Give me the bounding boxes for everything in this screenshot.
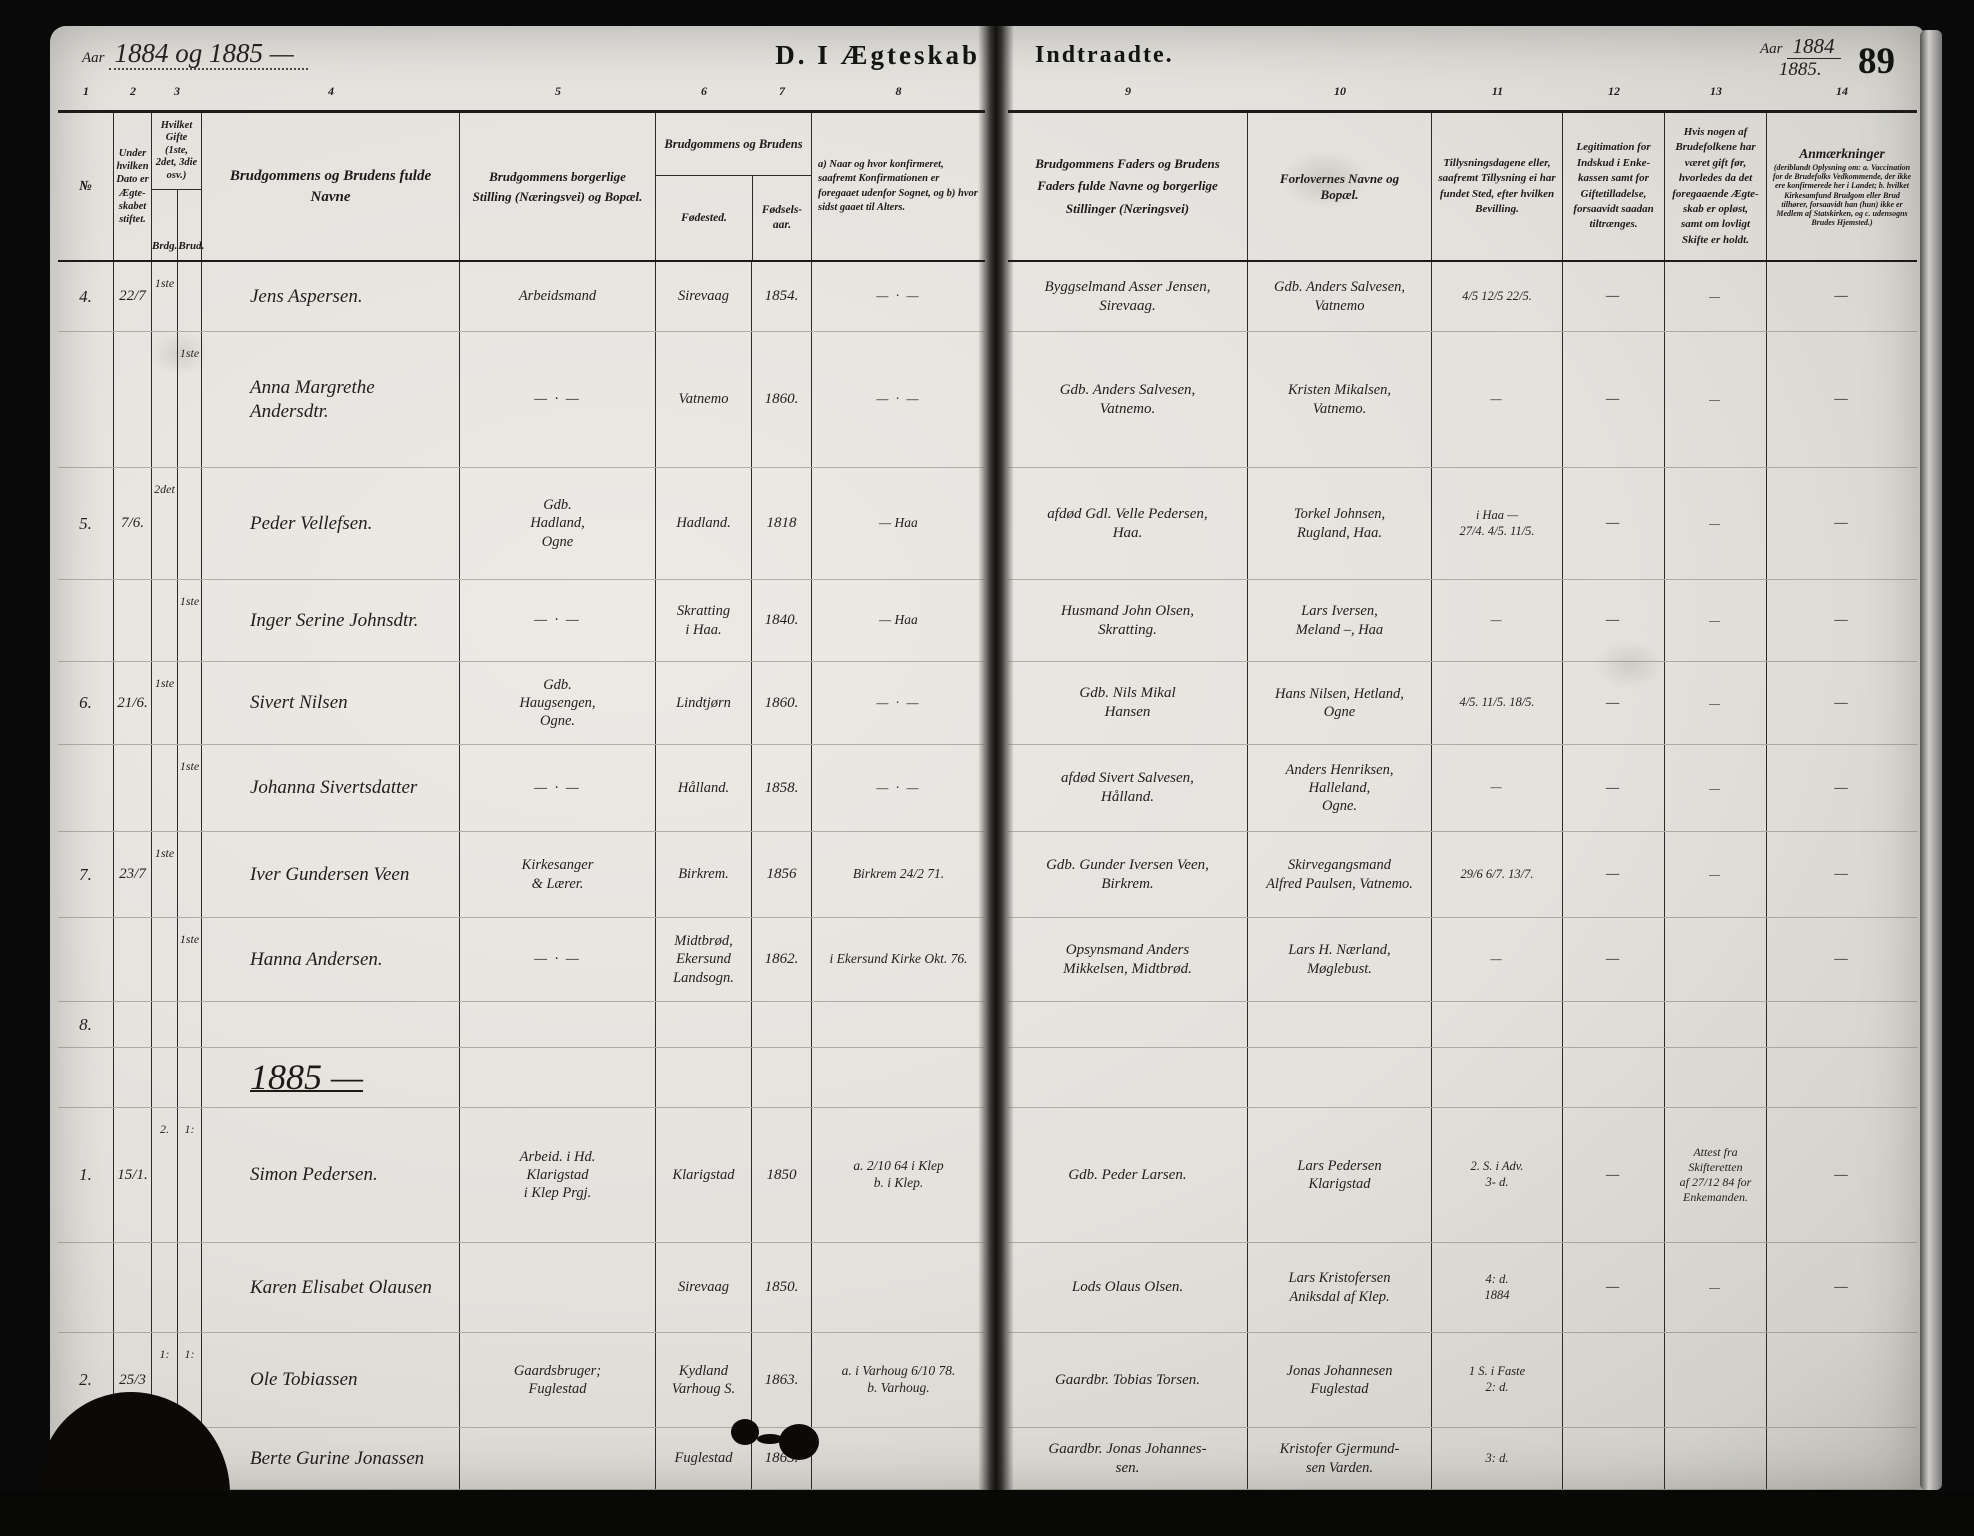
- table-row: 1steJohanna Sivertsdatter— · —Hålland.18…: [58, 745, 985, 832]
- cell-stilling: Arbeid. i Hd. Klarigstad i Klep Prgj.: [460, 1108, 656, 1242]
- cell-year: 1840.: [752, 580, 812, 661]
- cell-legit: [1563, 1048, 1665, 1107]
- cell-notes: —: [1767, 580, 1917, 661]
- cell-legit: —: [1563, 1243, 1665, 1332]
- cell-stilling: Gaardsbruger; Fuglestad: [460, 1333, 656, 1427]
- cell-no: [58, 1048, 114, 1107]
- cell-prev: Attest fra Skifteretten af 27/12 84 for …: [1665, 1108, 1767, 1242]
- cell-brdg: 2.: [152, 1108, 178, 1242]
- year-caption-left: Aar 1884 og 1885 —: [82, 38, 308, 69]
- table-row: 1steInger Serine Johnsdtr.— · —Skratting…: [58, 580, 985, 662]
- cell-sponsors: Jonas Johannesen Fuglestad: [1248, 1333, 1432, 1427]
- cell-year: 1860.: [752, 662, 812, 744]
- header-bb-group: Brudgommens og Brudens: [662, 113, 804, 175]
- cell-date: 22/7: [114, 262, 152, 331]
- scan-bottom-edge: [0, 1490, 1974, 1536]
- header-gift-for: Hvis nogen af Brudefolkene har været gif…: [1665, 113, 1767, 260]
- table-header-right: Brudgommens Faders og Brudens Faders ful…: [1008, 110, 1917, 262]
- cell-no: 7.: [58, 832, 114, 917]
- cell-prev: —: [1665, 662, 1767, 744]
- cell-birthplace: Birkrem.: [656, 832, 752, 917]
- cell-prev: —: [1665, 745, 1767, 831]
- cell-legit: —: [1563, 468, 1665, 579]
- cell-brud: [178, 468, 202, 579]
- entries-left-page: 4.22/71steJens Aspersen.ArbeidsmandSirev…: [58, 262, 985, 1490]
- header-date: Under hvilken Dato er Ægte- skabet stift…: [114, 113, 152, 260]
- handwritten-year-1885: 1885.: [1760, 59, 1841, 81]
- cell-father: Gdb. Nils Mikal Hansen: [1008, 662, 1248, 744]
- cell-no: 4.: [58, 262, 114, 331]
- cell-year: 1860.: [752, 332, 812, 467]
- cell-legit: —: [1563, 662, 1665, 744]
- header-gifte-group: Hvilket Gifte (1ste, 2det, 3die osv.): [152, 113, 201, 189]
- cell-no: 6.: [58, 662, 114, 744]
- cell-konf: i Ekersund Kirke Okt. 76.: [812, 918, 985, 1001]
- cell-name: [202, 1002, 460, 1047]
- cell-stilling: — · —: [460, 918, 656, 1001]
- cell-birthplace: Hålland.: [656, 745, 752, 831]
- header-stilling: Brudgommens borgerlige Stilling (Nærings…: [460, 113, 656, 260]
- cell-name: Inger Serine Johnsdtr.: [202, 580, 460, 661]
- cell-brud: 1ste: [178, 580, 202, 661]
- cell-notes: —: [1767, 918, 1917, 1001]
- table-row: Karen Elisabet OlausenSirevaag1850.: [58, 1243, 985, 1333]
- cell-brdg: [152, 332, 178, 467]
- cell-prev: [1665, 1048, 1767, 1107]
- header-konfirmeret: a) Naar og hvor konfirmeret, saafremt Ko…: [812, 113, 985, 260]
- cell-konf: [812, 1243, 985, 1332]
- cell-sponsors: Skirvegangsmand Alfred Paulsen, Vatnemo.: [1248, 832, 1432, 917]
- cell-prev: [1665, 1333, 1767, 1427]
- handwritten-years: 1884 og 1885 —: [109, 38, 308, 70]
- table-row: 1.15/1.2.1:Simon Pedersen.Arbeid. i Hd. …: [58, 1108, 985, 1243]
- cell-stilling: [460, 1428, 656, 1489]
- cell-brud: [178, 1243, 202, 1332]
- cell-year: 1850.: [752, 1243, 812, 1332]
- cell-name: Sivert Nilsen: [202, 662, 460, 744]
- year-caption-right: Aar 1884 1885.: [1760, 34, 1841, 81]
- cell-brud: [178, 1048, 202, 1107]
- cell-father: Gdb. Anders Salvesen, Vatnemo.: [1008, 332, 1248, 467]
- cell-brud: 1ste: [178, 918, 202, 1001]
- cell-banns: 4/5 12/5 22/5.: [1432, 262, 1563, 331]
- cell-father: Husmand John Olsen, Skratting.: [1008, 580, 1248, 661]
- column-number-11: 11: [1492, 84, 1503, 99]
- header-gifte: Hvilket Gifte (1ste, 2det, 3die osv.) Br…: [152, 113, 202, 260]
- cell-name: Peder Vellefsen.: [202, 468, 460, 579]
- cell-prev: [1665, 1002, 1767, 1047]
- column-number-6: 6: [701, 84, 707, 99]
- table-row: 6.21/6.1steSivert NilsenGdb. Haugsengen,…: [58, 662, 985, 745]
- cell-birthplace: Hadland.: [656, 468, 752, 579]
- cell-brdg: [152, 1002, 178, 1047]
- cell-no: 1.: [58, 1108, 114, 1242]
- cell-banns: [1432, 1002, 1563, 1047]
- cell-sponsors: Lars Pedersen Klarigstad: [1248, 1108, 1432, 1242]
- cell-name: Iver Gundersen Veen: [202, 832, 460, 917]
- cell-banns: —: [1432, 580, 1563, 661]
- cell-brud: 1ste: [178, 332, 202, 467]
- table-row: afdød Gdl. Velle Pedersen, Haa.Torkel Jo…: [1008, 468, 1917, 580]
- cell-brud: 1:: [178, 1108, 202, 1242]
- cell-year: 1854.: [752, 262, 812, 331]
- cell-stilling: [460, 1243, 656, 1332]
- cell-father: Gaardbr. Tobias Torsen.: [1008, 1333, 1248, 1427]
- cell-notes: [1767, 1428, 1917, 1489]
- cell-birthplace: Midtbrød, Ekersund Landsogn.: [656, 918, 752, 1001]
- cell-notes: —: [1767, 745, 1917, 831]
- cell-brud: [178, 662, 202, 744]
- cell-date: 21/6.: [114, 662, 152, 744]
- cell-konf: a. 2/10 64 i Klep b. i Klep.: [812, 1108, 985, 1242]
- table-row: 1steHanna Andersen.— · —Midtbrød, Ekersu…: [58, 918, 985, 1002]
- cell-name: Johanna Sivertsdatter: [202, 745, 460, 831]
- column-number-14: 14: [1836, 84, 1848, 99]
- header-anmaerkninger: Anmærkninger (deriblandt Oplysning om: a…: [1767, 113, 1917, 260]
- page-title-right: Indtraadte.: [1035, 42, 1174, 69]
- page-number: 89: [1858, 40, 1895, 83]
- column-number-9: 9: [1125, 84, 1131, 99]
- cell-banns: [1432, 1048, 1563, 1107]
- cell-brud: 1ste: [178, 745, 202, 831]
- cell-brdg: [152, 1243, 178, 1332]
- cell-date: [114, 1243, 152, 1332]
- cell-brdg: [152, 1048, 178, 1107]
- cell-name: Karen Elisabet Olausen: [202, 1243, 460, 1332]
- cell-legit: —: [1563, 918, 1665, 1001]
- cell-brdg: [152, 918, 178, 1001]
- table-row: Gdb. Nils Mikal HansenHans Nilsen, Hetla…: [1008, 662, 1917, 745]
- cell-legit: —: [1563, 332, 1665, 467]
- cell-sponsors: [1248, 1002, 1432, 1047]
- cell-konf: — · —: [812, 332, 985, 467]
- handwritten-year-1884: 1884: [1787, 34, 1841, 59]
- scanned-ledger-screenshot: Aar 1884 og 1885 — D. I Ægteskab Indtraa…: [0, 0, 1974, 1536]
- header-brdg: Brdg.: [152, 190, 178, 260]
- cell-father: afdød Gdl. Velle Pedersen, Haa.: [1008, 468, 1248, 579]
- cell-konf: — · —: [812, 662, 985, 744]
- column-number-7: 7: [779, 84, 785, 99]
- cell-birthplace: Klarigstad: [656, 1108, 752, 1242]
- cell-prev: [1665, 918, 1767, 1001]
- table-row: Gdb. Anders Salvesen, Vatnemo.Kristen Mi…: [1008, 332, 1917, 468]
- cell-father: afdød Sivert Salvesen, Hålland.: [1008, 745, 1248, 831]
- header-fedre: Brudgommens Faders og Brudens Faders ful…: [1008, 113, 1248, 260]
- cell-notes: [1767, 1333, 1917, 1427]
- cell-notes: [1767, 1002, 1917, 1047]
- table-row: Gaardbr. Jonas Johannes- sen.Kristofer G…: [1008, 1428, 1917, 1490]
- header-fodselsaar: Fødsels- aar.: [753, 176, 811, 260]
- cell-banns: —: [1432, 745, 1563, 831]
- cell-sponsors: Torkel Johnsen, Rugland, Haa.: [1248, 468, 1432, 579]
- cell-sponsors: Gdb. Anders Salvesen, Vatnemo: [1248, 262, 1432, 331]
- aar-label-right: Aar: [1760, 41, 1783, 57]
- ink-blot: [757, 1434, 783, 1444]
- cell-birthplace: Sirevaag: [656, 262, 752, 331]
- cell-date: 15/1.: [114, 1108, 152, 1242]
- cell-legit: [1563, 1333, 1665, 1427]
- column-number-4: 4: [328, 84, 334, 99]
- cell-legit: —: [1563, 832, 1665, 917]
- cell-name: Hanna Andersen.: [202, 918, 460, 1001]
- cell-brud: [178, 1002, 202, 1047]
- table-row: Husmand John Olsen, Skratting.Lars Ivers…: [1008, 580, 1917, 662]
- cell-no: 5.: [58, 468, 114, 579]
- cell-notes: —: [1767, 1243, 1917, 1332]
- cell-name: Ole Tobiassen: [202, 1333, 460, 1427]
- cell-sponsors: Kristofer Gjermund- sen Varden.: [1248, 1428, 1432, 1489]
- cell-name: 1885 —: [202, 1048, 460, 1107]
- cell-sponsors: Lars H. Nærland, Møglebust.: [1248, 918, 1432, 1001]
- column-number-8: 8: [896, 84, 902, 99]
- cell-prev: —: [1665, 832, 1767, 917]
- table-row: Byggselmand Asser Jensen, Sirevaag.Gdb. …: [1008, 262, 1917, 332]
- cell-brdg: 1ste: [152, 662, 178, 744]
- cell-brud: [178, 262, 202, 331]
- table-row: 4.22/71steJens Aspersen.ArbeidsmandSirev…: [58, 262, 985, 332]
- cell-legit: [1563, 1002, 1665, 1047]
- cell-stilling: [460, 1048, 656, 1107]
- cell-legit: [1563, 1428, 1665, 1489]
- cell-brdg: [152, 745, 178, 831]
- table-row: afdød Sivert Salvesen, Hålland.Anders He…: [1008, 745, 1917, 832]
- cell-birthplace: Skratting i Haa.: [656, 580, 752, 661]
- cell-stilling: — · —: [460, 332, 656, 467]
- table-row: 2.25/31:1:Ole TobiassenGaardsbruger; Fug…: [58, 1333, 985, 1428]
- cell-stilling: [460, 1002, 656, 1047]
- cell-brud: [178, 832, 202, 917]
- cell-konf: [812, 1048, 985, 1107]
- cell-prev: —: [1665, 332, 1767, 467]
- cell-konf: [812, 1428, 985, 1489]
- cell-stilling: — · —: [460, 580, 656, 661]
- cell-sponsors: Kristen Mikalsen, Vatnemo.: [1248, 332, 1432, 467]
- cell-banns: —: [1432, 332, 1563, 467]
- cell-father: [1008, 1002, 1248, 1047]
- section-heading-row: [1008, 1048, 1917, 1108]
- cell-name: Jens Aspersen.: [202, 262, 460, 331]
- cell-notes: —: [1767, 1108, 1917, 1242]
- cell-stilling: Arbeidsmand: [460, 262, 656, 331]
- cell-prev: —: [1665, 1243, 1767, 1332]
- cell-brdg: 2det: [152, 468, 178, 579]
- table-row: Lods Olaus Olsen.Lars Kristofersen Aniks…: [1008, 1243, 1917, 1333]
- cell-no: [58, 918, 114, 1001]
- column-number-10: 10: [1334, 84, 1346, 99]
- cell-no: [58, 332, 114, 467]
- cell-banns: —: [1432, 918, 1563, 1001]
- cell-year: 1856: [752, 832, 812, 917]
- table-row: Gdb. Peder Larsen.Lars Pedersen Klarigst…: [1008, 1108, 1917, 1243]
- cell-sponsors: [1248, 1048, 1432, 1107]
- aar-label: Aar: [82, 50, 105, 66]
- cell-date: 23/7: [114, 832, 152, 917]
- cell-year: 1818: [752, 468, 812, 579]
- cell-birthplace: [656, 1048, 752, 1107]
- cell-notes: [1767, 1048, 1917, 1107]
- cell-legit: —: [1563, 745, 1665, 831]
- cell-banns: 1 S. i Faste 2: d.: [1432, 1333, 1563, 1427]
- ink-blot: [731, 1419, 759, 1445]
- cell-konf: Birkrem 24/2 71.: [812, 832, 985, 917]
- cell-sponsors: Lars Kristofersen Aniksdal af Klep.: [1248, 1243, 1432, 1332]
- cell-notes: —: [1767, 662, 1917, 744]
- cell-date: [114, 1048, 152, 1107]
- cell-notes: —: [1767, 262, 1917, 331]
- cell-konf: [812, 1002, 985, 1047]
- column-number-12: 12: [1608, 84, 1620, 99]
- cell-father: Gaardbr. Jonas Johannes- sen.: [1008, 1428, 1248, 1489]
- header-tillysning: Tillysningsdagene eller, saafremt Tillys…: [1432, 113, 1563, 260]
- header-no: №: [58, 113, 114, 260]
- cell-stilling: Kirkesanger & Lærer.: [460, 832, 656, 917]
- table-row: Gdb. Gunder Iversen Veen, Birkrem.Skirve…: [1008, 832, 1917, 918]
- column-number-2: 2: [130, 84, 136, 99]
- table-row: Opsynsmand Anders Mikkelsen, Midtbrød.La…: [1008, 918, 1917, 1002]
- column-number-3: 3: [174, 84, 180, 99]
- cell-konf: a. i Varhoug 6/10 78. b. Varhoug.: [812, 1333, 985, 1427]
- cell-prev: —: [1665, 580, 1767, 661]
- column-number-1: 1: [83, 84, 89, 99]
- cell-name: Simon Pedersen.: [202, 1108, 460, 1242]
- cell-year: 1863.: [752, 1333, 812, 1427]
- table-row: [1008, 1002, 1917, 1048]
- header-legitimation: Legitimation for Indskud i Enke- kassen …: [1563, 113, 1665, 260]
- cell-banns: 29/6 6/7. 13/7.: [1432, 832, 1563, 917]
- cell-konf: — Haa: [812, 468, 985, 579]
- cell-date: [114, 918, 152, 1001]
- cell-date: 7/6.: [114, 468, 152, 579]
- page-title-left: D. I Ægteskab: [560, 40, 1110, 71]
- cell-konf: — · —: [812, 745, 985, 831]
- table-row: 1steAnna Margrethe Andersdtr.— · —Vatnem…: [58, 332, 985, 468]
- column-number-5: 5: [555, 84, 561, 99]
- cell-sponsors: Hans Nilsen, Hetland, Ogne: [1248, 662, 1432, 744]
- cell-father: Byggselmand Asser Jensen, Sirevaag.: [1008, 262, 1248, 331]
- cell-birthplace: [656, 1002, 752, 1047]
- cell-date: [114, 332, 152, 467]
- cell-father: [1008, 1048, 1248, 1107]
- entries-right-page: Byggselmand Asser Jensen, Sirevaag.Gdb. …: [1008, 262, 1917, 1490]
- cell-prev: —: [1665, 468, 1767, 579]
- cell-brdg: 1ste: [152, 262, 178, 331]
- cell-date: [114, 1002, 152, 1047]
- cell-no: [58, 745, 114, 831]
- table-row: 7.23/71steIver Gundersen VeenKirkesanger…: [58, 832, 985, 918]
- cell-name: Berte Gurine Jonassen: [202, 1428, 460, 1489]
- header-birth-group: Brudgommens og Brudens Fødested. Fødsels…: [656, 113, 812, 260]
- cell-no: [58, 580, 114, 661]
- header-fodested: Fødested.: [656, 176, 753, 260]
- ink-blot: [779, 1424, 819, 1460]
- cell-father: Lods Olaus Olsen.: [1008, 1243, 1248, 1332]
- table-header-left: № Under hvilken Dato er Ægte- skabet sti…: [58, 110, 985, 262]
- cell-sponsors: Anders Henriksen, Halleland, Ogne.: [1248, 745, 1432, 831]
- cell-year: [752, 1002, 812, 1047]
- cell-notes: —: [1767, 468, 1917, 579]
- header-forlovere: Forlovernes Navne og Bopæl.: [1248, 113, 1432, 260]
- cell-konf: — · —: [812, 262, 985, 331]
- cell-father: Gdb. Gunder Iversen Veen, Birkrem.: [1008, 832, 1248, 917]
- cell-year: 1858.: [752, 745, 812, 831]
- cell-birthplace: Lindtjørn: [656, 662, 752, 744]
- section-heading-row: 1885 —: [58, 1048, 985, 1108]
- cell-banns: 4: d. 1884: [1432, 1243, 1563, 1332]
- cell-banns: 4/5. 11/5. 18/5.: [1432, 662, 1563, 744]
- cell-prev: [1665, 1428, 1767, 1489]
- cell-stilling: — · —: [460, 745, 656, 831]
- cell-banns: 2. S. i Adv. 3- d.: [1432, 1108, 1563, 1242]
- table-row: 5.7/6.2detPeder Vellefsen.Gdb. Hadland, …: [58, 468, 985, 580]
- cell-stilling: Gdb. Hadland, Ogne: [460, 468, 656, 579]
- cell-year: 1862.: [752, 918, 812, 1001]
- cell-notes: —: [1767, 332, 1917, 467]
- cell-banns: i Haa — 27/4. 4/5. 11/5.: [1432, 468, 1563, 579]
- cell-konf: — Haa: [812, 580, 985, 661]
- cell-birthplace: Kydland Varhoug S.: [656, 1333, 752, 1427]
- cell-prev: —: [1665, 262, 1767, 331]
- cell-no: [58, 1243, 114, 1332]
- table-row: 8.: [58, 1002, 985, 1048]
- cell-no: 8.: [58, 1002, 114, 1047]
- column-number-13: 13: [1710, 84, 1722, 99]
- cell-year: [752, 1048, 812, 1107]
- cell-sponsors: Lars Iversen, Meland –, Haa: [1248, 580, 1432, 661]
- cell-father: Gdb. Peder Larsen.: [1008, 1108, 1248, 1242]
- header-anm-body: (deriblandt Oplysning om: a. Vaccination…: [1772, 163, 1912, 227]
- cell-legit: —: [1563, 262, 1665, 331]
- header-brud: Brud.: [178, 190, 204, 260]
- cell-date: [114, 580, 152, 661]
- cell-birthplace: Sirevaag: [656, 1243, 752, 1332]
- header-anm-title: Anmærkninger: [1799, 146, 1885, 162]
- cell-brdg: 1ste: [152, 832, 178, 917]
- cell-legit: —: [1563, 580, 1665, 661]
- cell-name: Anna Margrethe Andersdtr.: [202, 332, 460, 467]
- cell-father: Opsynsmand Anders Mikkelsen, Midtbrød.: [1008, 918, 1248, 1001]
- table-row: Gaardbr. Tobias Torsen.Jonas Johannesen …: [1008, 1333, 1917, 1428]
- header-names: Brudgommens og Brudens fulde Navne: [202, 113, 460, 260]
- page-edge: [1920, 30, 1942, 1490]
- cell-stilling: Gdb. Haugsengen, Ogne.: [460, 662, 656, 744]
- cell-year: 1850: [752, 1108, 812, 1242]
- cell-banns: 3: d.: [1432, 1428, 1563, 1489]
- cell-notes: —: [1767, 832, 1917, 917]
- cell-brdg: [152, 580, 178, 661]
- cell-date: [114, 745, 152, 831]
- cell-birthplace: Vatnemo: [656, 332, 752, 467]
- cell-legit: —: [1563, 1108, 1665, 1242]
